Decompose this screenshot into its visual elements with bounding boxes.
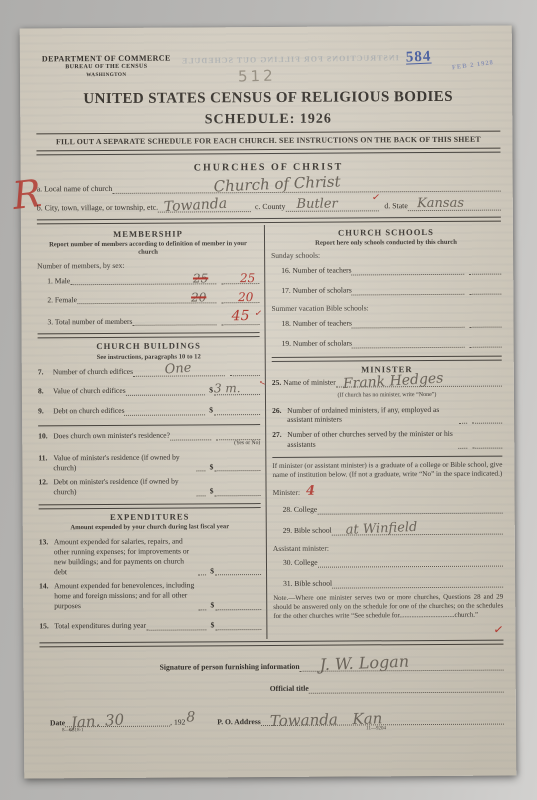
total-members-line (132, 316, 216, 327)
minister-name-note: (If church has no minister, write “None”… (278, 392, 496, 401)
form-code-right: 11—9204 (366, 726, 386, 733)
item-number: 9. (38, 406, 44, 416)
answer-blank (215, 600, 261, 610)
local-name-line: Church of Christ (112, 182, 500, 194)
pencil-number-stamp: 512 (238, 67, 276, 87)
vacation-teachers-label: 18. Number of teachers (281, 319, 351, 329)
bleedthrough-text: INSTRUCTIONS FOR FILLING OUT SCHEDULE (140, 53, 440, 68)
minister-red-mark: 4 (306, 484, 315, 499)
county-label: c. County (255, 202, 285, 212)
form-columns: MEMBERSHIP Report number of members acco… (37, 224, 504, 641)
signature-value: J. W. Logan (320, 652, 410, 676)
minister-name-line: Frank Hedges (336, 377, 502, 388)
form-subtitle: SCHEDULE: 1926 (36, 109, 500, 130)
male-label: 1. Male (47, 276, 70, 286)
minister-group-label: Minister: 4 (273, 483, 503, 501)
double-rule (36, 147, 500, 155)
schools-heading: CHURCH SCHOOLS (271, 227, 501, 240)
answer-blank (230, 366, 260, 376)
vacation-schools-group: Summer vacation Bible schools: (271, 303, 501, 314)
dollar-sign: $ (210, 566, 214, 576)
census-schedule-form: INSTRUCTIONS FOR FILLING OUT SCHEDULE 51… (20, 26, 517, 779)
city-label: b. City, town, village, or township, etc… (37, 203, 158, 214)
assistant-count-row: 26. Number of ordained ministers, if any… (272, 404, 502, 425)
right-column: CHURCH SCHOOLS Report here only schools … (264, 224, 504, 640)
state-value: Kansas (417, 196, 464, 213)
female-red-value: 20 (238, 290, 253, 306)
bible-school-value: at Winfield (345, 520, 417, 540)
county-check-mark: ✓ (371, 191, 381, 205)
yes-or-no-note: (Yes or No) (234, 440, 260, 447)
county-value: Butler (296, 197, 337, 214)
expenses-operating-row: 13. Amount expended for salaries, repair… (39, 536, 261, 576)
answer-blank (472, 414, 502, 424)
vacation-scholars-row: 19. Number of scholars (272, 338, 502, 349)
assistant-bible-school-row: 31. Bible school (273, 577, 503, 588)
date-address-row: Date Jan. 30 , 192 8 P. O. Address Towan… (50, 707, 504, 728)
denomination-heading: CHURCHES OF CHRIST (37, 159, 501, 175)
sunday-teachers-row: 16. Number of teachers (271, 265, 501, 276)
sunday-scholars-label: 17. Number of scholars (281, 286, 351, 296)
expenses-benevolence-row: 14. Amount expended for benevolences, in… (39, 580, 261, 611)
item-number: 15. (39, 621, 48, 631)
divider-rule (272, 455, 502, 457)
edifices-count-line: One (133, 366, 225, 377)
edifices-value-line (126, 385, 206, 395)
buildings-subheading: See instructions, paragraphs 10 to 12 (44, 353, 254, 363)
minister-label: Minister: (273, 488, 301, 497)
other-churches-row: 27. Number of other churches served by t… (272, 429, 502, 450)
minister-bible-school-label: 29. Bible school (283, 526, 332, 536)
item-number: 11. (38, 453, 47, 463)
edifices-value-amount: 3 m. (214, 381, 241, 397)
owns-residence-blank: (Yes or No) (216, 430, 260, 440)
residence-value-label: Value of minister's residence (if owned … (53, 452, 196, 472)
dotted-line (332, 577, 503, 588)
answer-blank (214, 405, 260, 415)
dotted-line (146, 620, 207, 630)
vacation-teachers-row: 18. Number of teachers (271, 318, 501, 329)
assistant-college-row: 30. College (273, 556, 503, 567)
local-name-label: a. Local name of church (37, 184, 113, 195)
expenses-operating-label: Amount expended for salaries, repairs, a… (54, 537, 198, 577)
signature-row: Signature of person furnishing informati… (160, 661, 504, 673)
answer-blank (470, 338, 502, 348)
dotted-line (459, 414, 467, 424)
buildings-heading: CHURCH BUILDINGS (38, 341, 260, 354)
residence-value-row: 11. Value of minister's residence (if ow… (38, 452, 260, 473)
vacation-scholars-label: 19. Number of scholars (282, 339, 352, 349)
answer-blank (215, 486, 261, 496)
item-number: 13. (39, 538, 48, 548)
male-line: 25 (70, 275, 216, 286)
item-number: 10. (38, 431, 47, 441)
received-date-stamp: FEB 2 1928 (452, 59, 495, 73)
edifices-debt-label: Debt on church edifices (53, 406, 124, 416)
city-value: Towanda (163, 194, 227, 216)
total-members-row: 3. Total number of members 45 ✓ (37, 316, 259, 327)
state-line: Kansas (408, 201, 501, 212)
assistant-bible-school-label: 31. Bible school (283, 579, 332, 589)
dotted-line (352, 285, 465, 296)
po-address-label: P. O. Address (217, 717, 261, 727)
assistant-count-label: Number of ordained ministers, if any, em… (287, 404, 459, 425)
agency-block: DEPARTMENT OF COMMERCE BUREAU OF THE CEN… (42, 54, 171, 79)
minister-name-row: 25. Name of minister Frank Hedges (272, 377, 502, 388)
item-number: 26. (272, 406, 281, 416)
answer-blank (214, 461, 260, 471)
scanned-photo: INSTRUCTIONS FOR FILLING OUT SCHEDULE 51… (0, 0, 537, 800)
edifices-count-value: One (165, 361, 193, 380)
official-title-label: Official title (270, 684, 309, 694)
local-name-row: a. Local name of church Church of Christ (37, 181, 501, 194)
membership-subheading: Report number of members according to de… (43, 240, 253, 258)
item-number: 25. (272, 378, 281, 388)
answer-blank (469, 318, 501, 328)
dotted-line (352, 318, 465, 329)
dotted-line (458, 438, 467, 448)
dotted-line (352, 338, 465, 349)
expenses-total-row: 15. Total expenditures during year $ (39, 620, 261, 631)
note-check-mark: ✓ (492, 622, 504, 639)
form-code-left: 8—5518-1 (62, 728, 84, 735)
item-number: 8. (38, 386, 44, 396)
minister-college-label: 28. College (283, 505, 318, 515)
minister-note: Note.—Where one minister serves two or m… (273, 592, 503, 621)
residence-debt-label: Debt on minister's residence (if owned b… (53, 477, 196, 497)
expenditures-subheading: Amount expended by your church during la… (45, 523, 255, 533)
minister-bible-school-row: 29. Bible school at Winfield (273, 525, 503, 536)
state-label: d. State (384, 201, 407, 211)
sunday-teachers-label: 16. Number of teachers (281, 266, 351, 276)
dotted-line (317, 504, 502, 515)
residence-debt-line (196, 486, 206, 496)
dotted-line (198, 566, 206, 576)
total-answer-blank: 45 ✓ (221, 316, 259, 326)
dotted-line (198, 600, 206, 610)
minister-name-label: Name of minister (283, 378, 336, 388)
city-line: Towanda (158, 202, 251, 213)
female-line: 20 (77, 294, 216, 305)
dollar-sign: $ (211, 620, 215, 630)
dotted-line (352, 265, 465, 276)
total-check-mark: ✓ (254, 309, 263, 322)
instruction-banner: FILL OUT A SEPARATE SCHEDULE FOR EACH CH… (36, 133, 500, 148)
male-red-value: 25 (240, 271, 255, 287)
male-pencil-value: 25 (193, 271, 208, 287)
file-number-stamp: 584 (406, 48, 432, 69)
dollar-sign: $ (210, 486, 214, 496)
membership-intro: Number of members, by sex: (37, 260, 259, 271)
left-column: MEMBERSHIP Report number of members acco… (37, 225, 267, 641)
female-label: 2. Female (47, 295, 77, 305)
dollar-sign: $ (209, 385, 213, 395)
official-title-row: Official title (270, 683, 504, 694)
sunday-schools-group: Sunday schools: (271, 250, 501, 261)
answer-blank (472, 438, 502, 448)
double-rule (38, 333, 260, 339)
expenses-benevolence-label: Amount expended for benevolences, includ… (54, 581, 198, 611)
item-number: 12. (38, 478, 47, 488)
female-pencil-value: 20 (191, 290, 206, 306)
printed-year: , 192 (170, 717, 185, 727)
double-rule (39, 503, 261, 509)
date-label: Date (50, 718, 65, 728)
edifices-value-blank: 3 m. ✓ (214, 385, 260, 395)
location-row: b. City, town, village, or township, etc… (37, 201, 501, 214)
dotted-line (318, 556, 503, 567)
total-red-value: 45 (232, 307, 250, 325)
assistant-college-label: 30. College (283, 558, 318, 568)
female-row: 2. Female 20 20 (37, 294, 259, 305)
expenditures-heading: EXPENDITURES (39, 511, 261, 524)
graduate-note: If minister (or assistant minister) is a… (272, 460, 502, 481)
answer-blank (215, 620, 261, 630)
sunday-scholars-row: 17. Number of scholars (271, 285, 501, 296)
owns-residence-label: Does church own minister's residence? (53, 431, 170, 441)
date-line: Jan. 30 (65, 717, 170, 728)
other-churches-label: Number of other churches served by the m… (287, 429, 458, 450)
answer-blank (469, 265, 501, 275)
po-address-line: Towanda Kan (261, 715, 504, 726)
edifices-value-label: Value of church edifices (53, 386, 126, 396)
edifices-count-row: 7. Number of church edifices One (38, 366, 260, 377)
bible-school-line: at Winfield (332, 525, 503, 536)
double-rule (272, 356, 502, 362)
male-answer-blank: 25 (221, 275, 259, 285)
local-name-value: Church of Christ (213, 173, 341, 198)
assistant-group-label: Assistant minister: (273, 543, 503, 554)
dollar-sign: $ (209, 405, 213, 415)
dollar-sign: $ (210, 600, 214, 610)
owns-residence-row: 10. Does church own minister's residence… (38, 430, 260, 441)
schools-subheading: Report here only schools conducted by th… (277, 239, 495, 249)
expenses-total-label: Total expenditures during year (54, 621, 146, 631)
year-written: 8 (186, 709, 195, 727)
form-title: UNITED STATES CENSUS OF RELIGIOUS BODIES (36, 88, 500, 110)
county-line: Butler ✓ (285, 201, 378, 212)
residence-value-line (196, 462, 206, 472)
male-row: 1. Male 25 25 (37, 275, 259, 286)
edifices-debt-line (124, 405, 205, 415)
double-rule (39, 640, 503, 648)
note-check-container: ✓ (273, 622, 503, 639)
minister-college-row: 28. College (273, 504, 503, 515)
membership-heading: MEMBERSHIP (37, 228, 259, 241)
edifices-value-row: 8. Value of church edifices $ 3 m. ✓ (38, 385, 260, 396)
item-number: 7. (38, 367, 44, 377)
office-city: WASHINGTON (42, 71, 171, 78)
female-answer-blank: 20 (221, 294, 259, 304)
item-number: 14. (39, 582, 48, 592)
answer-blank (469, 285, 501, 295)
agency-name: DEPARTMENT OF COMMERCE (42, 54, 171, 65)
edifices-count-label: Number of church edifices (53, 367, 133, 377)
official-title-line (309, 683, 504, 694)
edifices-debt-row: 9. Debt on church edifices $ (38, 405, 260, 416)
signature-line: J. W. Logan (300, 661, 504, 672)
dollar-sign: $ (210, 462, 214, 472)
item-number: 27. (272, 430, 281, 440)
owns-residence-line (170, 430, 211, 440)
answer-blank (215, 565, 261, 575)
signature-label: Signature of person furnishing informati… (160, 662, 300, 673)
total-members-label: 3. Total number of members (47, 317, 132, 327)
divider-rule (38, 424, 260, 426)
residence-debt-row: 12. Debt on minister's residence (if own… (38, 476, 260, 497)
